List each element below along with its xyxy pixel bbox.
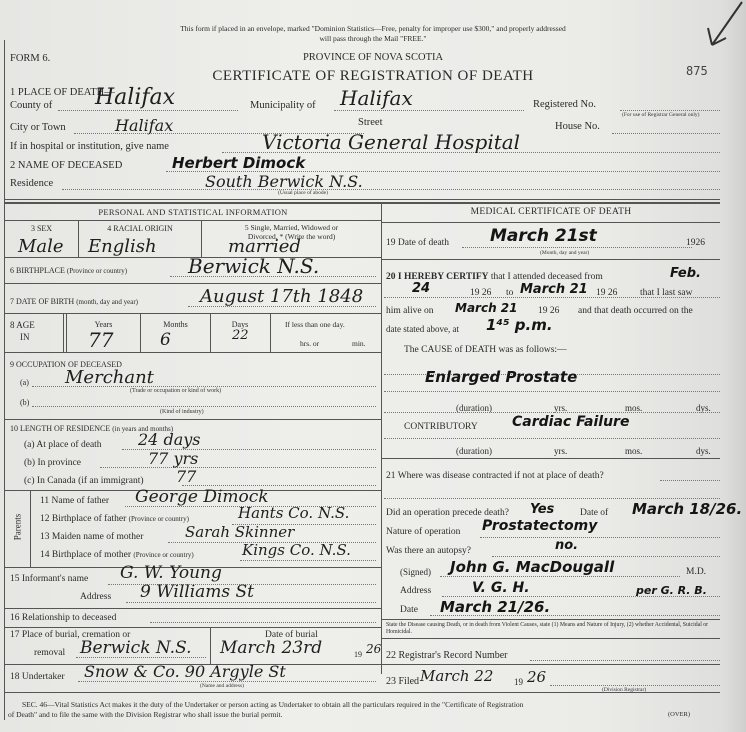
in-province-value: 77 yrs — [148, 449, 198, 468]
mother-birth-value: Kings Co. N.S. — [242, 541, 351, 559]
certificate-title: CERTIFICATE OF REGISTRATION OF DEATH — [0, 68, 746, 85]
contracted-label: 21 Where was disease contracted if not a… — [386, 471, 604, 481]
death-date-value: March 21st — [490, 226, 597, 246]
last-saw-label: that I last saw — [640, 288, 693, 298]
over-label: (OVER) — [668, 711, 690, 718]
operation-value: Yes — [530, 502, 554, 517]
race-value: English — [88, 236, 157, 257]
deceased-name-label: 2 NAME OF DECEASED — [10, 160, 122, 171]
death-date-label: 19 Date of death — [386, 238, 449, 248]
mother-name-label: 13 Maiden name of mother — [40, 532, 143, 542]
contrib-mos-label: mos. — [625, 446, 642, 456]
death-occurred-label: and that death occurred on the — [578, 306, 693, 316]
residence-value: South Berwick N.S. — [205, 172, 363, 191]
residence-note: (Usual place of abode) — [278, 190, 328, 196]
undertaker-note: (Name and address) — [200, 683, 244, 689]
relationship-label: 16 Relationship to deceased — [10, 613, 116, 623]
attended-to-year: 19 26 — [596, 288, 617, 298]
undertaker-value: Snow & Co. 90 Argyle St — [84, 662, 286, 681]
marital-label: 5 Single, Married, Widowed or — [202, 223, 381, 232]
months-label: Months — [141, 320, 210, 329]
contributory-label: CONTRIBUTORY — [404, 422, 478, 432]
municipality-value: Halifax — [340, 86, 413, 110]
sign-date-label: Date — [400, 605, 418, 615]
cause-label: The CAUSE of DEATH was as follows:— — [404, 345, 567, 355]
street-label: Street — [358, 117, 383, 128]
contributory-value: Cardiac Failure — [512, 414, 629, 430]
operation-date-label: Date of — [580, 508, 608, 518]
dob-label: 7 DATE OF BIRTH (month, day and year) — [10, 297, 138, 306]
division-registrar-note: (Division Registrar) — [602, 687, 646, 693]
autopsy-label: Was there an autopsy? — [386, 546, 471, 556]
province-heading: PROVINCE OF NOVA SCOTIA — [0, 52, 746, 63]
registered-note: (For use of Registrar General only) — [622, 112, 699, 118]
parents-label: Parents — [12, 514, 22, 541]
at-place-value: 24 days — [138, 430, 200, 449]
autopsy-value: no. — [555, 538, 578, 553]
mother-name-value: Sarah Skinner — [185, 523, 294, 541]
in-canada-value: 77 — [176, 467, 196, 486]
informant-label: 15 Informant's name — [10, 574, 88, 584]
county-value: Halifax — [95, 85, 175, 110]
occ-b-label: (b) — [20, 398, 29, 407]
medical-heading: MEDICAL CERTIFICATE OF DEATH — [382, 207, 720, 217]
alive-on-value: March 21 — [455, 301, 518, 315]
sec46-line2: of Death" and to file the same with the … — [8, 710, 282, 719]
burial-year-value: 26 — [366, 642, 381, 656]
him-alive-label: him alive on — [386, 306, 434, 316]
min-label: min. — [352, 339, 366, 348]
md-label: M.D. — [686, 567, 706, 577]
days-value: 22 — [232, 328, 249, 343]
sign-date-value: March 21/26. — [440, 598, 550, 616]
physician-address-value: V. G. H. — [472, 580, 530, 596]
contrib-yrs-label: yrs. — [554, 446, 567, 456]
operation-nature-value: Prostatectomy — [482, 518, 597, 534]
municipality-label: Municipality of — [250, 100, 316, 111]
informant-value: G. W. Young — [120, 563, 222, 583]
hospital-label: If in hospital or institution, give name — [10, 141, 169, 152]
signed-label: (Signed) — [400, 567, 431, 577]
date-stated-label: date stated above, at — [386, 324, 459, 334]
attended-to-value: March 21 — [520, 282, 588, 297]
informant-address-value: 9 Williams St — [140, 582, 254, 602]
attended-from-day: 24 — [412, 281, 430, 296]
sex-label: 3 SEX — [5, 224, 78, 233]
undertaker-label: 18 Undertaker — [10, 672, 65, 682]
hrs-label: hrs. or — [300, 339, 319, 348]
filed-date-value: March 22 — [420, 667, 493, 685]
attended-from-year: 19 26 — [470, 288, 491, 298]
personal-heading: PERSONAL AND STATISTICAL INFORMATION — [5, 207, 381, 217]
physician-signature: John G. MacDougall — [450, 558, 614, 576]
sec46-line1: SEC. 46—Vital Statistics Act makes it th… — [22, 700, 523, 709]
filed-year-value: 26 — [527, 668, 546, 686]
occ-b-note: (Kind of industry) — [160, 409, 204, 415]
attended-from-value: Feb. — [670, 266, 701, 281]
burial-place-value: Berwick N.S. — [80, 638, 192, 658]
mail-notice-line2: will pass through the Mail "FREE." — [0, 34, 746, 43]
deceased-name-value: Herbert Dimock — [172, 154, 305, 172]
house-no-label: House No. — [555, 121, 600, 132]
mail-notice-line1: This form if placed in an envelope, mark… — [0, 24, 746, 33]
county-label: County of — [10, 100, 52, 111]
hospital-value: Victoria General Hospital — [262, 130, 520, 154]
city-value: Halifax — [115, 116, 173, 135]
father-name-label: 11 Name of father — [40, 496, 109, 506]
time-of-death-value: 1⁴⁵ p.m. — [486, 316, 553, 334]
sex-value: Male — [18, 236, 64, 257]
alive-on-year: 19 26 — [538, 306, 559, 316]
less-than-day-label: If less than one day. — [285, 320, 345, 329]
registered-no-label: Registered No. — [533, 99, 596, 110]
death-date-year: 1926 — [686, 238, 705, 248]
disease-footnote: State the Disease causing Death, or in d… — [386, 622, 718, 636]
left-border — [4, 40, 5, 720]
operation-label: Did an operation precede death? — [386, 508, 509, 518]
father-birth-label: 12 Birthplace of father (Province or cou… — [40, 514, 189, 524]
dob-value: August 17th 1848 — [200, 286, 363, 307]
death-date-note: (Month, day and year) — [540, 250, 589, 256]
stamp-number: 875 — [686, 64, 708, 78]
operation-nature-label: Nature of operation — [386, 527, 460, 537]
birthplace-label: 6 BIRTHPLACE (Province or country) — [10, 266, 127, 275]
filed-label: 23 Filed — [386, 676, 419, 687]
physician-address-label: Address — [400, 586, 431, 596]
burial-label2: removal — [34, 648, 65, 658]
burial-date-value: March 23rd — [220, 638, 322, 658]
informant-address-label: Address — [80, 592, 111, 602]
mother-birth-label: 14 Birthplace of mother (Province or cou… — [40, 550, 194, 560]
death-certificate-page: This form if placed in an envelope, mark… — [0, 0, 746, 732]
filed-year-prefix: 19 — [514, 677, 523, 687]
contrib-dys-label: dys. — [696, 446, 711, 456]
column-divider — [381, 204, 382, 674]
age-label2: IN — [20, 332, 30, 342]
at-place-label: (a) At place of death — [24, 440, 102, 450]
years-value: 77 — [88, 328, 113, 352]
city-label: City or Town — [10, 122, 66, 133]
birthplace-value: Berwick N.S. — [188, 254, 319, 278]
to-label: to — [506, 288, 513, 298]
occ-a-label: (a) — [20, 378, 29, 387]
registrar-record-label: 22 Registrar's Record Number — [386, 650, 508, 661]
in-province-label: (b) In province — [24, 458, 81, 468]
father-birth-value: Hants Co. N.S. — [238, 504, 349, 522]
physician-address-extra: per G. R. B. — [636, 584, 707, 597]
burial-year-prefix: 19 — [354, 650, 362, 659]
residence-label: Residence — [10, 178, 53, 189]
occ-a-note: (Trade or occupation or kind of work) — [130, 388, 221, 394]
cause-value: Enlarged Prostate — [425, 368, 577, 386]
occupation-value: Merchant — [65, 367, 154, 388]
race-label: 4 RACIAL ORIGIN — [79, 224, 201, 233]
months-value: 6 — [160, 330, 171, 350]
contrib-duration-label: (duration) — [456, 446, 492, 456]
age-label: 8 AGE — [10, 320, 35, 330]
in-canada-label: (c) In Canada (if an immigrant) — [24, 476, 144, 486]
